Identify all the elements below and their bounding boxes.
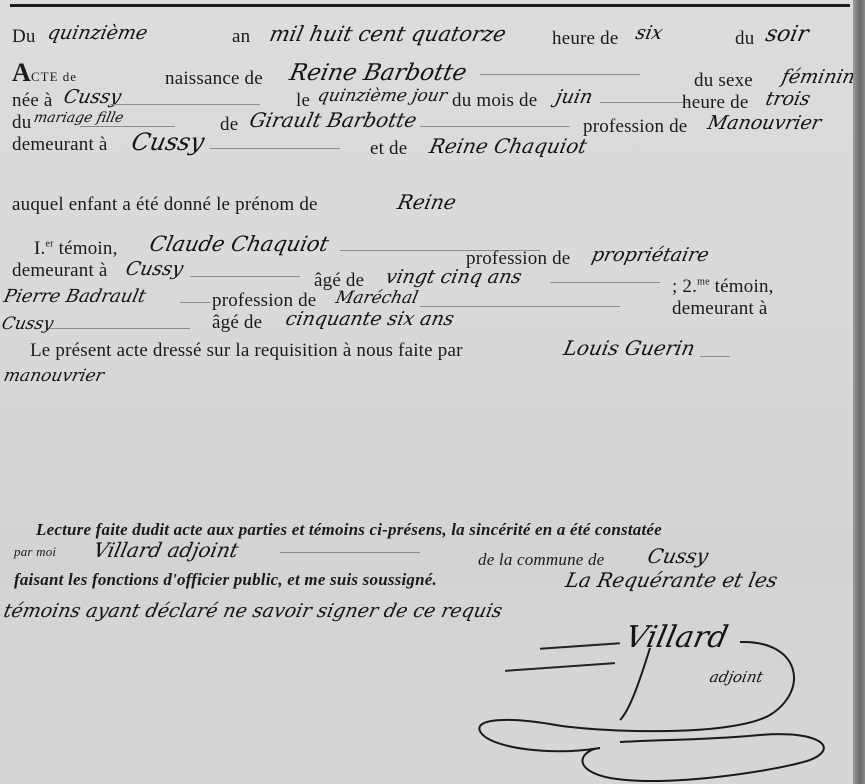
witness2-age: cinquante six ans: [284, 308, 456, 330]
hour-written: six: [634, 22, 665, 44]
fill-line: [420, 306, 620, 307]
father-profession-label: profession de: [583, 116, 687, 138]
period-label: du: [735, 28, 754, 50]
month-written: juin: [554, 86, 595, 108]
requester-name: Louis Guerin: [561, 336, 697, 360]
witness2-residence: Cussy: [0, 314, 55, 334]
officer-name: Villard adjoint: [91, 538, 240, 562]
residence-place: Cussy: [129, 128, 207, 156]
top-rule: [10, 4, 850, 7]
residence-label: demeurant à: [12, 134, 108, 156]
month-label: du mois de: [452, 90, 537, 112]
fill-line: [180, 302, 210, 303]
closing-line1: Lecture faite dudit acte aux parties et …: [36, 520, 662, 540]
born-label: née à: [12, 90, 53, 112]
date-prefix: Du: [12, 26, 36, 48]
father-profession: Manouvrier: [706, 112, 824, 134]
period-written: soir: [763, 22, 810, 47]
hour-label: heure de: [552, 28, 618, 50]
day-written: quinzième jour: [316, 86, 449, 106]
witness1-residence-label: demeurant à: [12, 260, 108, 282]
page-binding-edge: [853, 0, 865, 784]
mother-name: Reine Chaquiot: [427, 134, 589, 158]
acte-title: ACTE de: [12, 58, 77, 88]
fill-line: [600, 102, 690, 103]
witness1-name: Claude Chaquiot: [147, 232, 330, 256]
note-a: La Requérante et les: [563, 568, 779, 592]
hour-label: heure de: [682, 92, 748, 114]
witness1-profession: propriétaire: [590, 244, 711, 266]
year-written: mil huit cent quatorze: [267, 22, 508, 46]
witness2-residence-label: demeurant à: [672, 298, 768, 320]
witness1-label: I.er témoin,: [34, 238, 118, 260]
fill-line: [480, 74, 640, 75]
fill-line: [550, 282, 660, 283]
commune-label: de la commune de: [478, 550, 604, 570]
requisition-label: Le présent acte dressé sur la requisitio…: [30, 340, 463, 362]
sex-label: du sexe: [694, 70, 753, 92]
fill-line: [280, 552, 420, 553]
requester-title: manouvrier: [2, 366, 106, 386]
relation-label: du: [12, 112, 31, 134]
witness1-residence: Cussy: [124, 258, 186, 280]
witness2-profession: Maréchal: [334, 288, 420, 308]
witness1-age: vingt cinq ans: [384, 266, 524, 288]
fill-line: [420, 126, 570, 127]
prenom-value: Reine: [395, 190, 458, 214]
father-prefix: de: [220, 114, 238, 136]
note-b: témoins ayant déclaré ne savoir signer d…: [2, 600, 505, 622]
naissance-label: naissance de: [165, 68, 263, 90]
witness2-age-label: âgé de: [212, 312, 262, 334]
hour-written: trois: [764, 88, 813, 110]
day-written: quinzième: [46, 22, 150, 44]
child-name: Reine Barbotte: [287, 60, 469, 86]
mother-prefix: et de: [370, 138, 407, 160]
par-moi: par moi: [14, 544, 56, 560]
fill-line: [210, 148, 340, 149]
commune: Cussy: [645, 544, 710, 568]
fill-line: [80, 126, 175, 127]
fill-line: [700, 356, 730, 357]
relation-written: mariage fille: [32, 110, 125, 126]
prenom-label: auquel enfant a été donné le prénom de: [12, 194, 318, 216]
witness2-name: Pierre Badrault: [2, 286, 148, 307]
closing-line3: faisant les fonctions d'officier public,…: [14, 570, 437, 590]
fill-line: [190, 276, 300, 277]
document-page: Du quinzième an mil huit cent quatorze h…: [0, 0, 853, 784]
fill-line: [50, 328, 190, 329]
fill-line: [110, 104, 260, 105]
witness2-label: ; 2.me témoin,: [672, 276, 774, 298]
sex-value: féminin: [780, 66, 858, 88]
signature-flourish-icon: [470, 620, 850, 784]
year-prefix: an: [232, 26, 250, 48]
father-name: Girault Barbotte: [247, 108, 419, 132]
